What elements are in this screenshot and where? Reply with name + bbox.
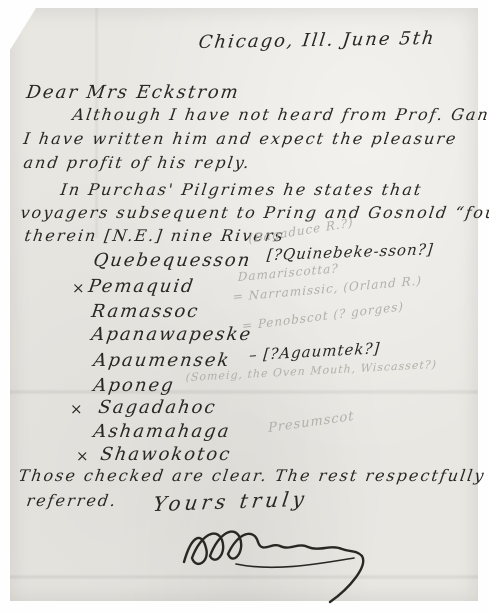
closing-line: referred. [25,491,118,510]
fold-crease [10,389,478,395]
signature-scrawl [178,514,388,604]
salutation: Dear Mrs Eckstrom [25,82,241,103]
check-mark: × [70,400,83,418]
body-line: Although I have not heard from Prof. Gan… [71,105,489,124]
river-name: Quebequesson [92,250,253,271]
body-line: therein [N.E.] nine Rivers [23,226,286,245]
river-name: Pemaquid [87,276,196,297]
river-name: Aponeg [92,375,176,396]
body-line: In Purchas' Pilgrimes he states that [59,180,423,199]
river-name: Shawokotoc [99,444,233,465]
scanned-letter: Chicago, Ill. June 5th Dear Mrs Eckstrom… [0,0,489,612]
body-line: and profit of his reply. [22,153,252,172]
body-line: voyagers subsequent to Pring and Gosnold… [19,203,489,222]
body-line: I have written him and expect the pleasu… [22,129,459,148]
river-name: Ashamahaga [92,421,232,442]
river-name: Apaumensek [92,350,232,371]
closing-line: Those checked are clear. The rest respec… [17,466,486,485]
check-mark: × [76,447,89,465]
river-name: Sagadahoc [97,397,218,418]
check-mark: × [72,279,85,297]
dateline: Chicago, Ill. June 5th [197,28,436,53]
river-name: Ramassoc [90,301,201,322]
river-name: Apanawapeske [90,324,254,345]
